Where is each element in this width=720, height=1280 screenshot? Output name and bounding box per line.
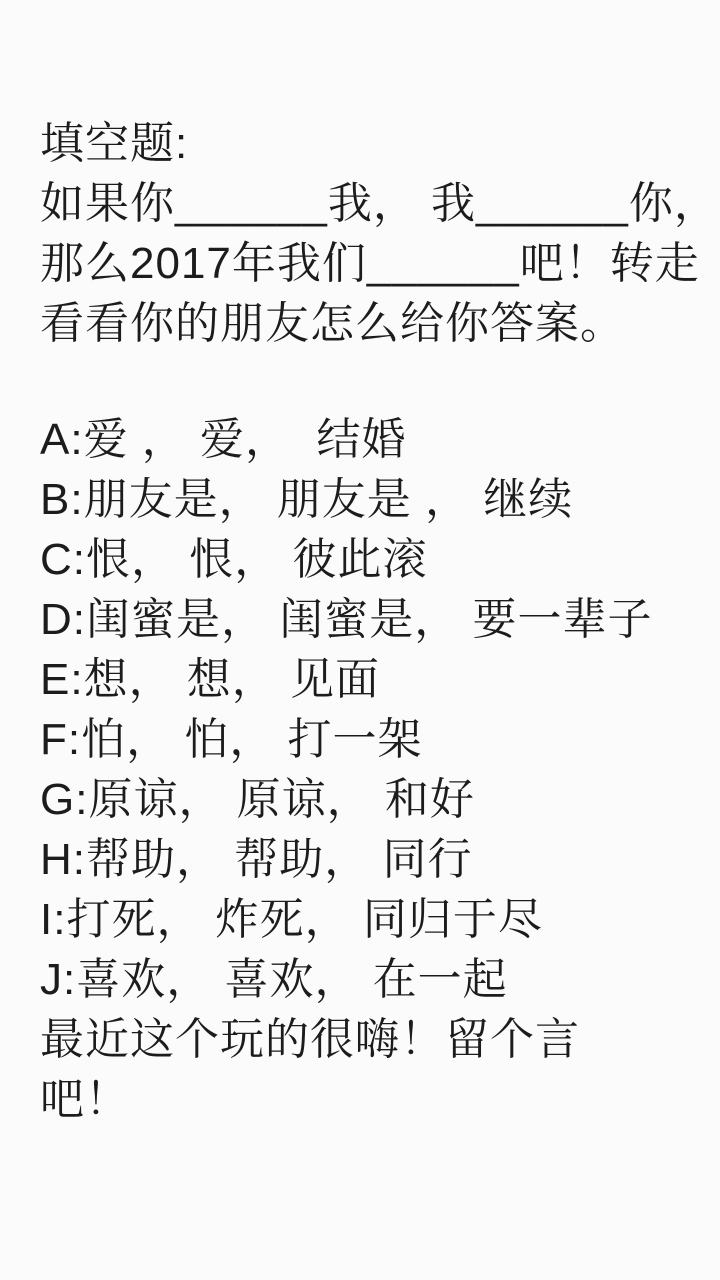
quiz-meme-screenshot: { "colors": { "background": "#fbfbfb", "… (0, 0, 720, 1280)
question-line-2: 那么2017年我们______吧！转走 (40, 234, 702, 294)
option-line-c: C:恨， 恨， 彼此滚 (40, 530, 702, 590)
option-line-d: D:闺蜜是， 闺蜜是， 要一辈子 (40, 590, 702, 650)
blank-line (40, 354, 702, 410)
option-line-g: G:原谅， 原谅， 和好 (40, 770, 702, 830)
quiz-title: 填空题: (40, 114, 702, 174)
option-line-b: B:朋友是， 朋友是 ， 继续 (40, 470, 702, 530)
option-line-a: A:爱 ， 爱， 结婚 (40, 410, 702, 470)
footer-line-1: 最近这个玩的很嗨！留个言 (40, 1010, 702, 1070)
option-line-i: I:打死， 炸死， 同归于尽 (40, 890, 702, 950)
quiz-page: 填空题: 如果你______我， 我______你， 那么2017年我们____… (0, 0, 720, 1280)
option-line-f: F:怕， 怕， 打一架 (40, 710, 702, 770)
footer-line-2: 吧！ (40, 1070, 702, 1130)
question-line-1: 如果你______我， 我______你， (40, 174, 702, 234)
option-line-e: E:想， 想， 见面 (40, 650, 702, 710)
option-line-j: J:喜欢， 喜欢， 在一起 (40, 950, 702, 1010)
option-line-h: H:帮助， 帮助， 同行 (40, 830, 702, 890)
question-line-3: 看看你的朋友怎么给你答案。 (40, 294, 702, 354)
